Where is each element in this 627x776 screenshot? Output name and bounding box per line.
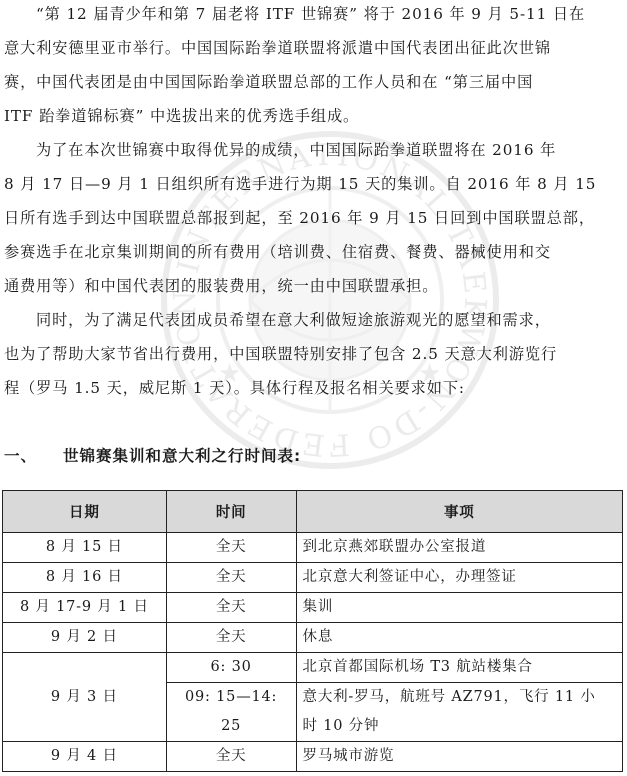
cell-date: 9 月 3 日 xyxy=(3,653,167,742)
cell-time: 全天 xyxy=(166,593,296,623)
paragraph-line: 参赛选手在北京集训期间的所有费用（培训费、住宿费、餐费、器械使用和交 xyxy=(4,235,624,269)
paragraph-travel: 同时，为了满足代表团成员希望在意大利做短途旅游观光的愿望和需求， 也为了帮助大家… xyxy=(4,303,624,405)
paragraph-line: 程（罗马 1.5 天，威尼斯 1 天）。具体行程及报名相关要求如下: xyxy=(4,371,624,405)
header-date: 日期 xyxy=(3,491,167,533)
section-number: 一、 xyxy=(4,447,37,465)
paragraph-line: ITF 跆拳道锦标赛” 中选拔出来的优秀选手组成。 xyxy=(4,99,624,133)
header-time: 时间 xyxy=(166,491,296,533)
cell-event: 罗马城市游览 xyxy=(296,742,622,772)
paragraph-line: “第 12 届青少年和第 7 届老将 ITF 世锦赛” 将于 2016 年 9 … xyxy=(4,0,624,31)
table-row: 9 月 3 日 6: 30 北京首都国际机场 T3 航站楼集合 xyxy=(3,653,623,683)
paragraph-line: 意大利安德里亚市举行。中国国际跆拳道联盟将派遣中国代表团出征此次世锦 xyxy=(4,31,624,65)
section-heading: 一、世锦赛集训和意大利之行时间表: xyxy=(4,440,301,472)
cell-time: 全天 xyxy=(166,563,296,593)
cell-date: 8 月 15 日 xyxy=(3,533,167,563)
header-event: 事项 xyxy=(296,491,622,533)
section-title: 世锦赛集训和意大利之行时间表: xyxy=(63,447,301,465)
cell-event: 北京首都国际机场 T3 航站楼集合 xyxy=(296,653,622,683)
cell-event: 集训 xyxy=(296,593,622,623)
table-row: 8 月 15 日 全天 到北京燕郊联盟办公室报道 xyxy=(3,533,623,563)
cell-date: 9 月 2 日 xyxy=(3,623,167,653)
cell-event: 意大利-罗马，航班号 AZ791，飞行 11 小 时 10 分钟 xyxy=(296,683,622,742)
cell-time: 全天 xyxy=(166,533,296,563)
paragraph-intro: “第 12 届青少年和第 7 届老将 ITF 世锦赛” 将于 2016 年 9 … xyxy=(4,0,624,133)
paragraph-line: 同时，为了满足代表团成员希望在意大利做短途旅游观光的愿望和需求， xyxy=(4,303,624,337)
cell-time: 全天 xyxy=(166,742,296,772)
cell-time: 6: 30 xyxy=(166,653,296,683)
paragraph-line: 也为了帮助大家节省出行费用，中国联盟特别安排了包含 2.5 天意大利游览行 xyxy=(4,337,624,371)
cell-event: 到北京燕郊联盟办公室报道 xyxy=(296,533,622,563)
cell-date: 9 月 4 日 xyxy=(3,742,167,772)
paragraph-line: 日所有选手到达中国联盟总部报到起，至 2016 年 9 月 15 日回到中国联盟… xyxy=(4,201,624,235)
paragraph-line: 通费用等）和中国代表团的服装费用，统一由中国联盟承担。 xyxy=(4,269,624,303)
cell-event: 北京意大利签证中心，办理签证 xyxy=(296,563,622,593)
cell-time: 全天 xyxy=(166,623,296,653)
table-row: 9 月 2 日 全天 休息 xyxy=(3,623,623,653)
cell-event-line: 时 10 分钟 xyxy=(303,712,616,741)
paragraph-line: 为了在本次世锦赛中取得优异的成绩，中国国际跆拳道联盟将在 2016 年 xyxy=(4,133,624,167)
cell-time: 09: 15—14: 25 xyxy=(166,683,296,742)
cell-date: 8 月 16 日 xyxy=(3,563,167,593)
paragraph-line: 8 月 17 日—9 月 1 日组织所有选手进行为期 15 天的集训。自 201… xyxy=(4,167,624,201)
table-header-row: 日期 时间 事项 xyxy=(3,491,623,533)
cell-event-line: 意大利-罗马，航班号 AZ791，飞行 11 小 xyxy=(303,683,616,712)
schedule-table: 日期 时间 事项 8 月 15 日 全天 到北京燕郊联盟办公室报道 8 月 16… xyxy=(2,490,623,772)
table-row: 9 月 4 日 全天 罗马城市游览 xyxy=(3,742,623,772)
cell-date: 8 月 17-9 月 1 日 xyxy=(3,593,167,623)
paragraph-line: 赛，中国代表团是由中国国际跆拳道联盟总部的工作人员和在 “第三届中国 xyxy=(4,65,624,99)
paragraph-training: 为了在本次世锦赛中取得优异的成绩，中国国际跆拳道联盟将在 2016 年 8 月 … xyxy=(4,133,624,303)
table-row: 8 月 17-9 月 1 日 全天 集训 xyxy=(3,593,623,623)
table-row: 8 月 16 日 全天 北京意大利签证中心，办理签证 xyxy=(3,563,623,593)
cell-event: 休息 xyxy=(296,623,622,653)
